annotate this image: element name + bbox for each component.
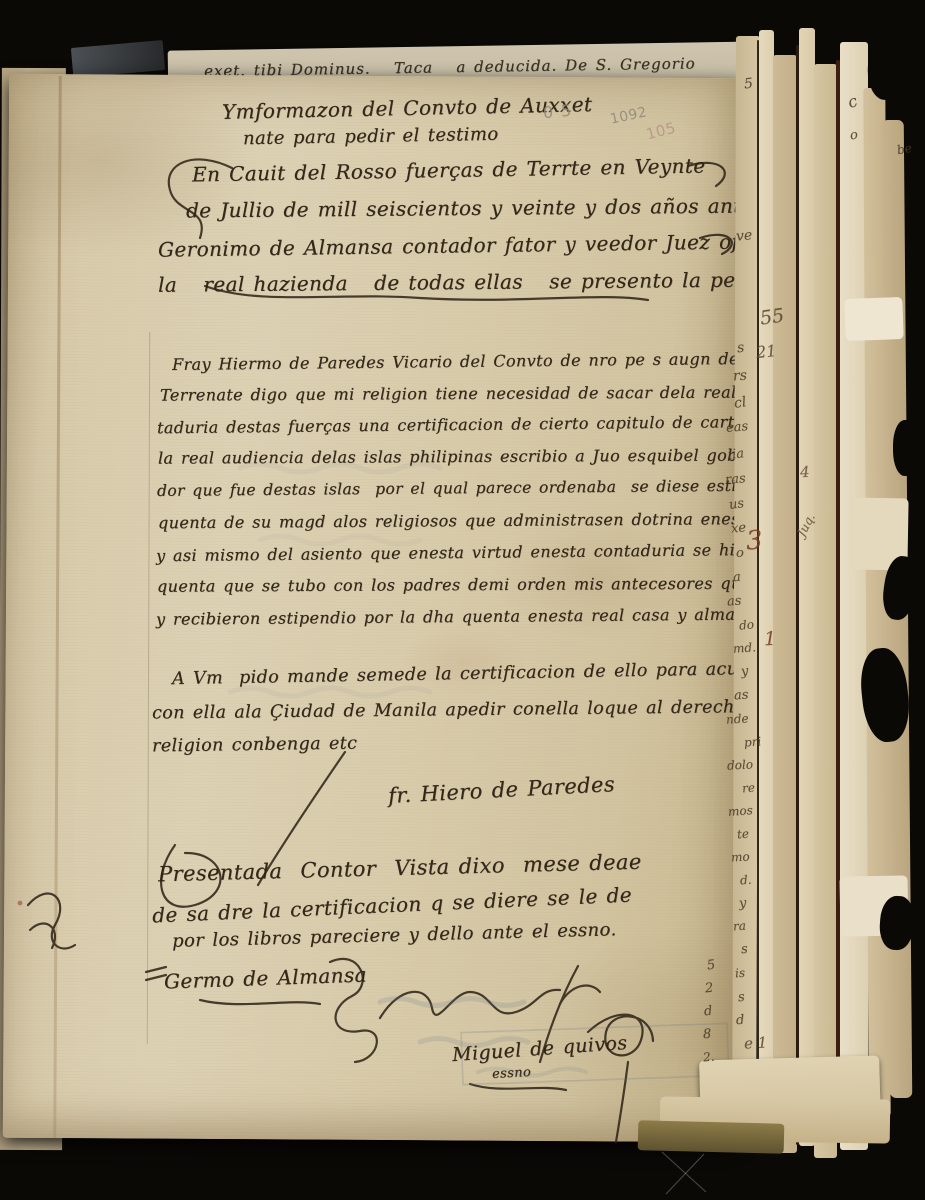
- torn-paper-tab: [844, 297, 903, 341]
- book-cover-sliver: [638, 1120, 785, 1154]
- tear-notch: [893, 420, 919, 476]
- escribano-title: essno: [492, 1065, 532, 1082]
- leaf-edge: [732, 36, 760, 1152]
- leaf-edge: [759, 30, 774, 1150]
- manuscript-photo: exet. tibi Dominus. Taca a deducida. De …: [0, 0, 925, 1200]
- leaf-edge: [799, 28, 815, 1146]
- translucent-film-fragment: [71, 40, 165, 78]
- pencil-mark-small: 0 5: [542, 101, 572, 122]
- tear-notch: [866, 29, 910, 101]
- body-line: quenta que se tubo con los padres demi o…: [157, 573, 829, 596]
- leaf-edge: [814, 64, 837, 1158]
- leaf-edge: [773, 55, 797, 1153]
- petition-line: religion conbenga etc: [152, 734, 358, 757]
- opening-line: de Jullio de mill seiscientos y veinte y…: [186, 194, 754, 223]
- body-line: Terrenate digo que mi religion tiene nec…: [160, 382, 774, 404]
- dust-fibers: [662, 1152, 706, 1194]
- body-line: la real audiencia delas islas philipinas…: [158, 445, 776, 467]
- doc-title-line2: nate para pedir el testimo: [243, 124, 499, 149]
